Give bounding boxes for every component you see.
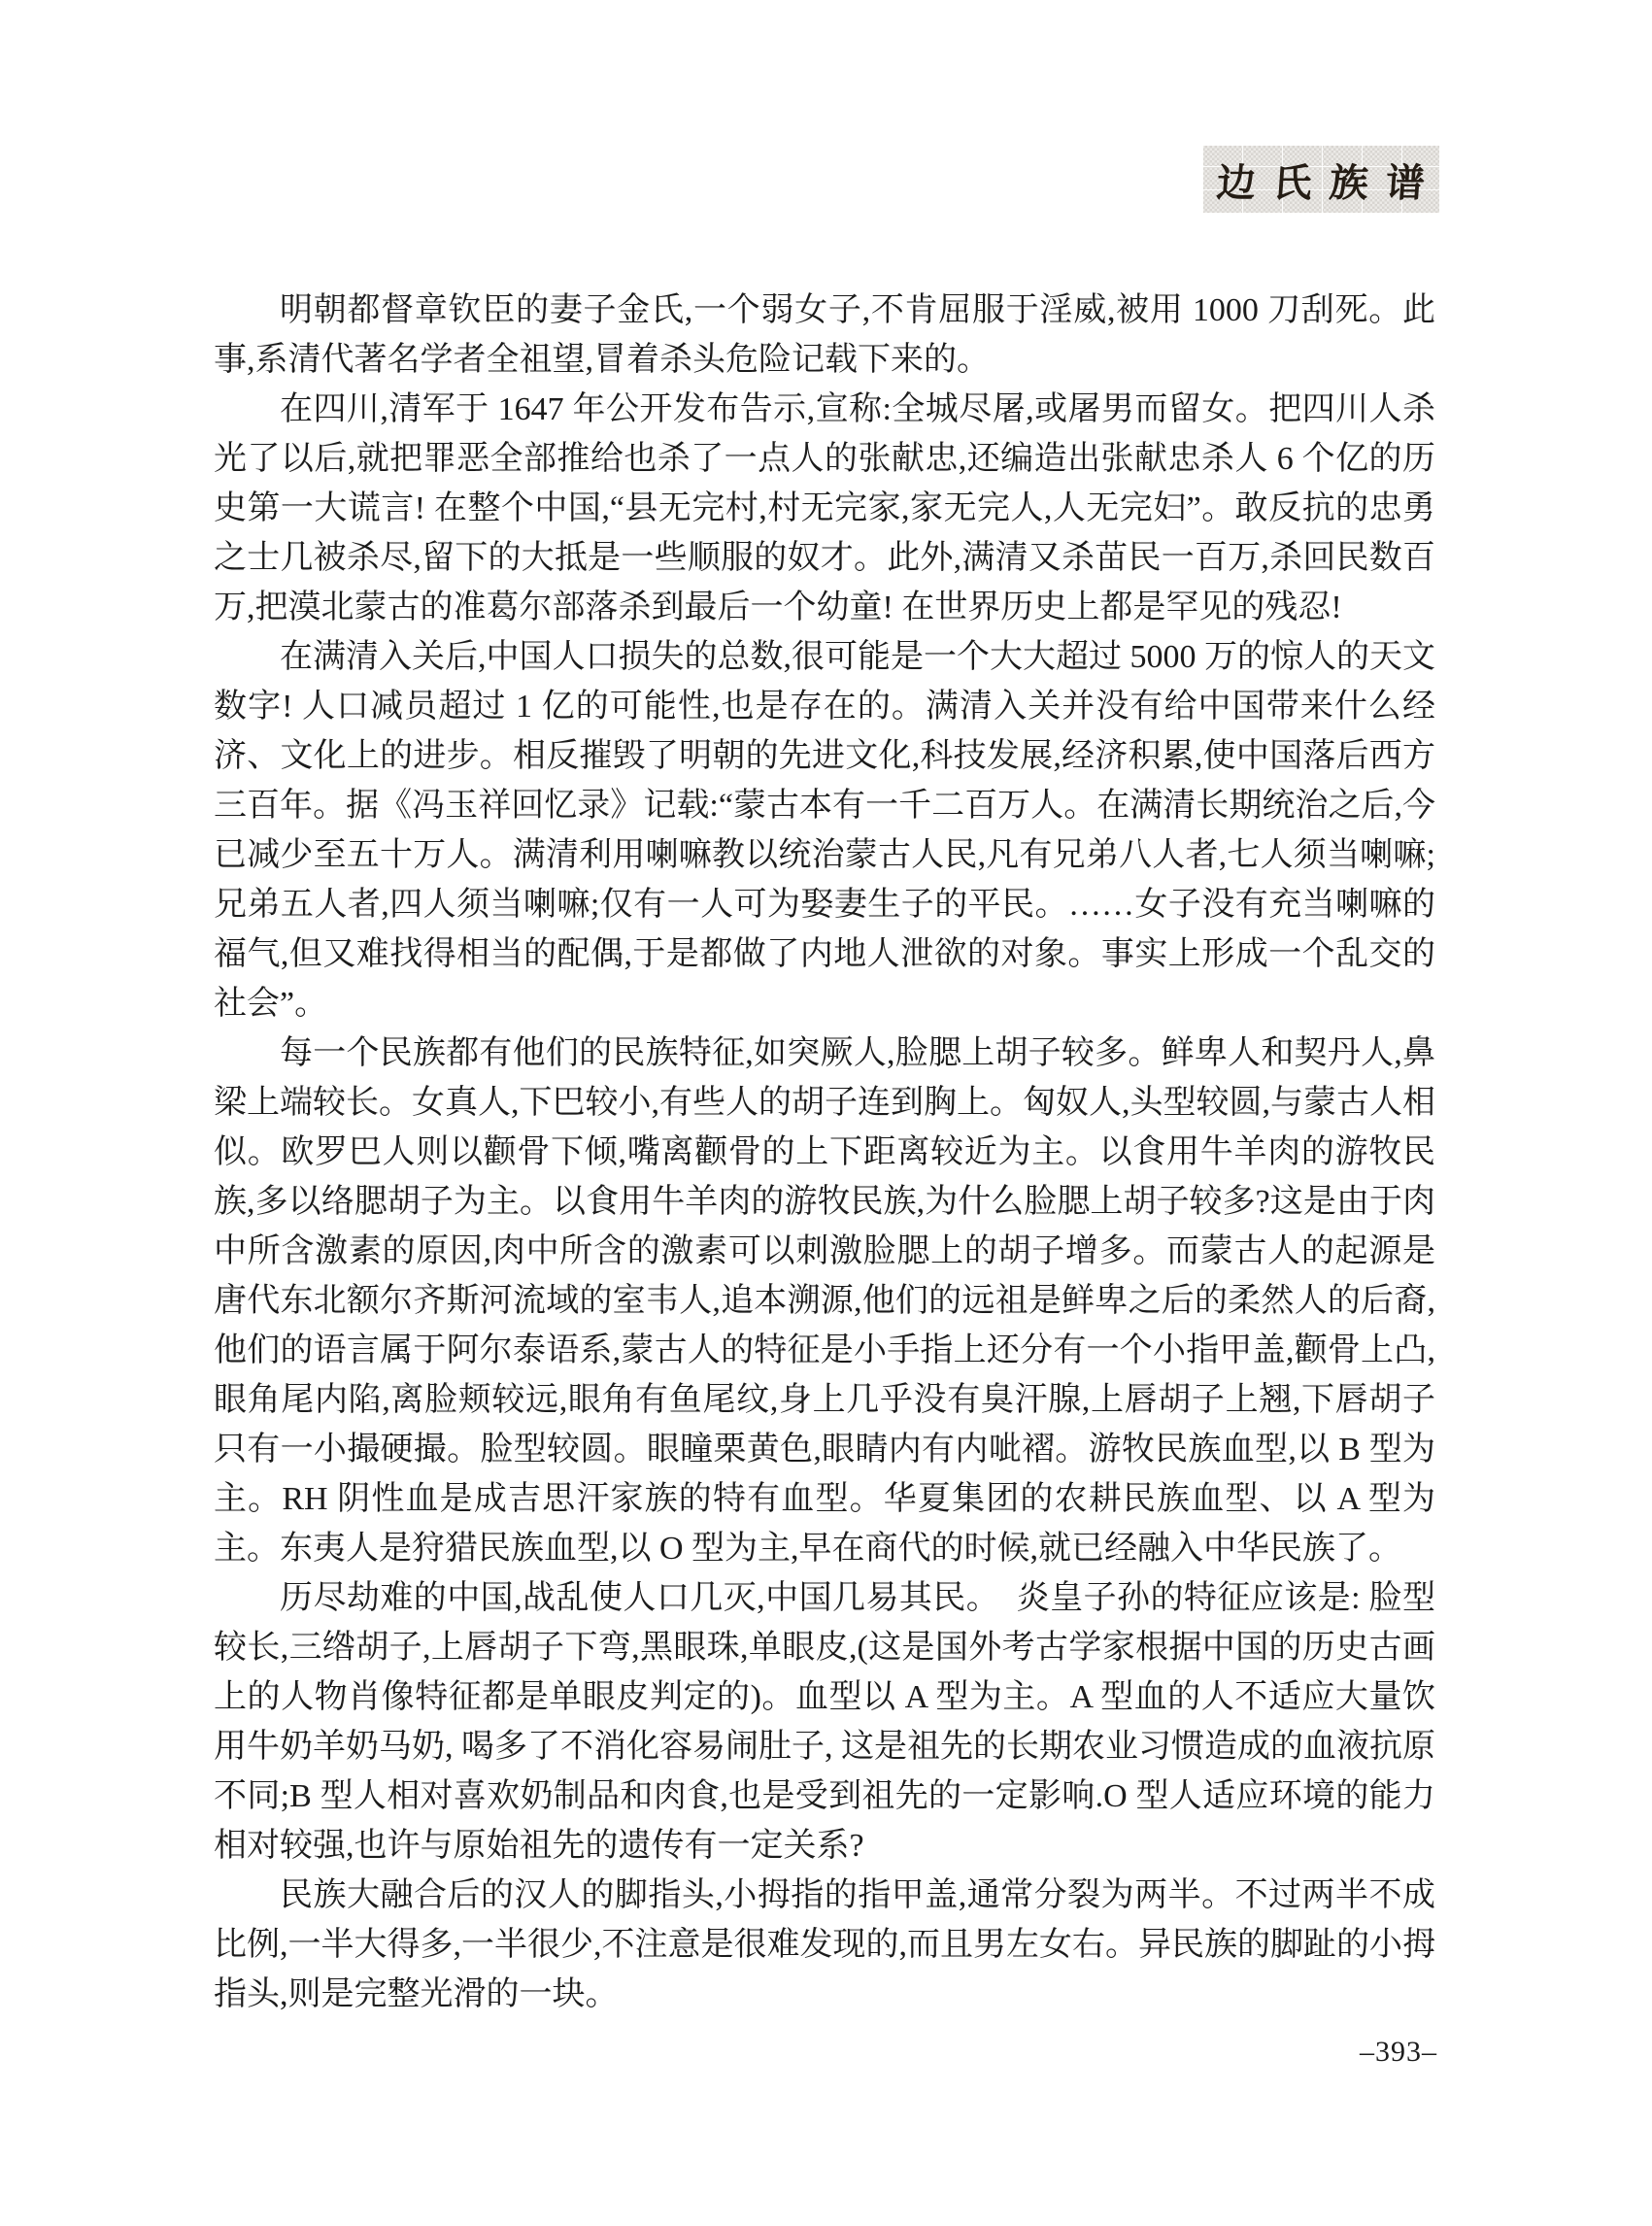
running-title-text: 边氏族谱 [1197, 152, 1444, 208]
paragraph-5: 历尽劫难的中国,战乱使人口几灭,中国几易其民。 炎皇子孙的特征应该是: 脸型较长… [214, 1573, 1435, 1871]
paragraph-1: 明朝都督章钦臣的妻子金氏,一个弱女子,不肯屈服于淫威,被用 1000 刀刮死。此… [214, 286, 1435, 385]
paragraph-3: 在满清入关后,中国人口损失的总数,很可能是一个大大超过 5000 万的惊人的天文… [214, 632, 1435, 1029]
document-page: 边氏族谱 明朝都督章钦臣的妻子金氏,一个弱女子,不肯屈服于淫威,被用 1000 … [0, 0, 1652, 2226]
body-text: 明朝都督章钦臣的妻子金氏,一个弱女子,不肯屈服于淫威,被用 1000 刀刮死。此… [214, 286, 1435, 2019]
paragraph-2: 在四川,清军于 1647 年公开发布告示,宣称:全城尽屠,或屠男而留女。把四川人… [214, 385, 1435, 632]
header-running-title: 边氏族谱 [1202, 146, 1439, 214]
page-number: –393– [1345, 2036, 1452, 2069]
paragraph-6: 民族大融合后的汉人的脚指头,小拇指的指甲盖,通常分裂为两半。不过两半不成比例,一… [214, 1871, 1435, 2019]
paragraph-4: 每一个民族都有他们的民族特征,如突厥人,脸腮上胡子较多。鲜卑人和契丹人,鼻梁上端… [214, 1029, 1435, 1573]
